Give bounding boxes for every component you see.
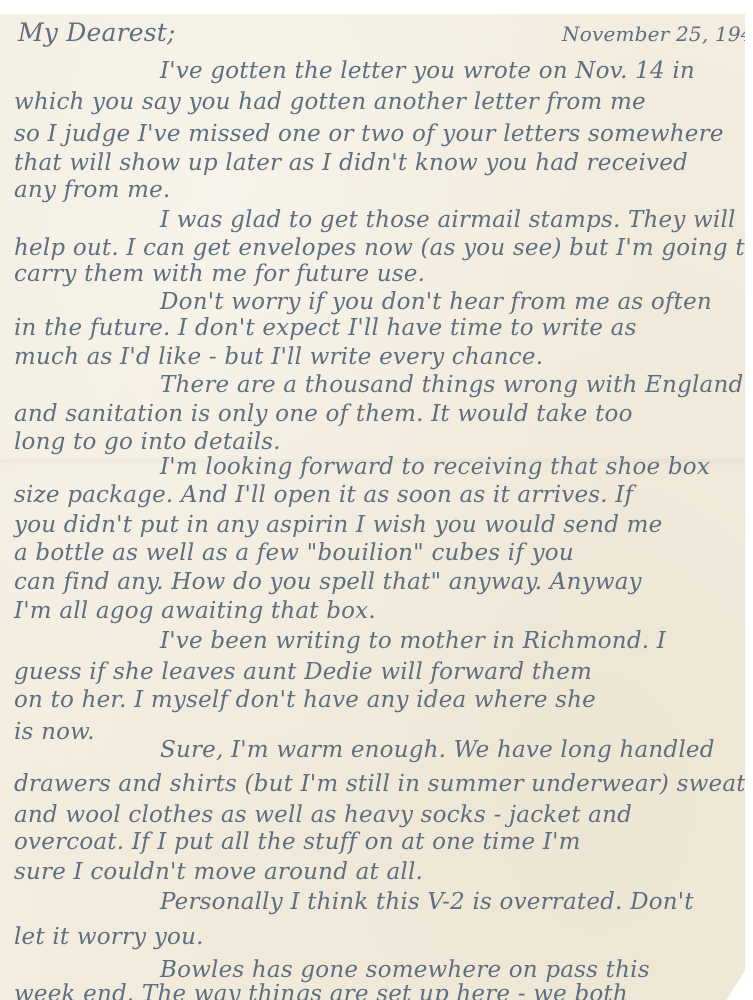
letter-line: week end. The way things are set up here… xyxy=(14,981,628,1000)
letter-line: I've gotten the letter you wrote on Nov.… xyxy=(160,58,695,84)
letter-line: and sanitation is only one of them. It w… xyxy=(14,401,633,427)
letter-line: sure I couldn't move around at all. xyxy=(14,859,423,885)
letter-line: you didn't put in any aspirin I wish you… xyxy=(14,512,662,538)
letter-line: a bottle as well as a few "bouilion" cub… xyxy=(14,540,574,566)
letter-line: on to her. I myself don't have any idea … xyxy=(14,687,596,713)
letter-line: drawers and shirts (but I'm still in sum… xyxy=(14,771,753,797)
letter-salutation: My Dearest; xyxy=(18,18,176,47)
letter-line: overcoat. If I put all the stuff on at o… xyxy=(14,829,581,855)
letter-line: let it worry you. xyxy=(14,924,204,950)
letter-line: carry them with me for future use. xyxy=(14,261,425,287)
letter-line: Sure, I'm warm enough. We have long hand… xyxy=(160,737,715,763)
letter-line: can find any. How do you spell that" any… xyxy=(14,569,642,595)
letter-line: much as I'd like - but I'll write every … xyxy=(14,344,543,370)
letter-line: guess if she leaves aunt Dedie will forw… xyxy=(14,659,592,685)
letter-line: There are a thousand things wrong with E… xyxy=(160,372,743,398)
letter-date: November 25, 1944 xyxy=(562,22,753,46)
letter-line: and wool clothes as well as heavy socks … xyxy=(14,802,632,828)
letter-line: long to go into details. xyxy=(14,429,281,455)
letter-line: size package. And I'll open it as soon a… xyxy=(14,482,633,508)
letter-line: in the future. I don't expect I'll have … xyxy=(14,315,637,341)
letter-line: help out. I can get envelopes now (as yo… xyxy=(14,235,753,261)
letter-line: I was glad to get those airmail stamps. … xyxy=(160,207,736,233)
letter-line: I've been writing to mother in Richmond.… xyxy=(160,628,666,654)
letter-line: Bowles has gone somewhere on pass this xyxy=(160,957,650,983)
letter-line: that will show up later as I didn't know… xyxy=(14,150,688,176)
letter-page: My Dearest; November 25, 1944 I've gotte… xyxy=(0,14,745,1000)
letter-line: Personally I think this V-2 is overrated… xyxy=(160,889,694,915)
letter-line: any from me. xyxy=(14,177,170,203)
letter-line: I'm looking forward to receiving that sh… xyxy=(160,454,710,480)
letter-line: Don't worry if you don't hear from me as… xyxy=(160,289,712,315)
letter-line: so I judge I've missed one or two of you… xyxy=(14,121,724,147)
letter-line: which you say you had gotten another let… xyxy=(14,89,646,115)
letter-line: I'm all agog awaiting that box. xyxy=(14,598,376,624)
letter-line: is now. xyxy=(14,719,95,745)
